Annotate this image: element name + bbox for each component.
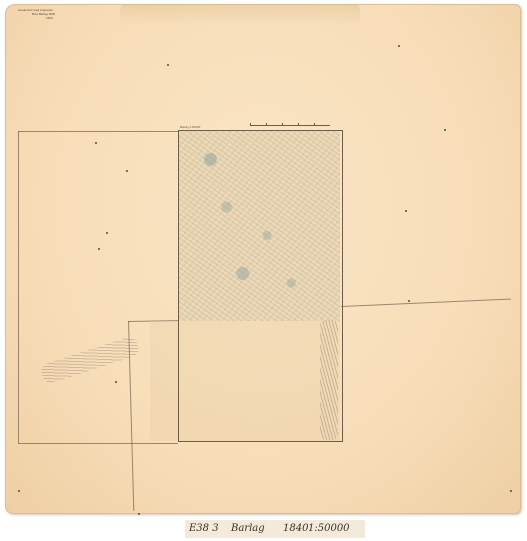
survey-point — [167, 64, 169, 66]
survey-point — [126, 170, 128, 172]
map-frame — [178, 130, 343, 442]
survey-point — [18, 490, 20, 492]
survey-point — [405, 210, 407, 212]
header-note-line: 1840 — [18, 16, 55, 20]
survey-point — [98, 248, 100, 250]
grid-line-left — [18, 131, 19, 443]
survey-point — [408, 300, 410, 302]
catalog-label: E38 3 Barlag 1840 1:50000 — [185, 520, 365, 538]
grid-line-bottom — [18, 443, 178, 444]
survey-point — [106, 232, 108, 234]
survey-point — [138, 513, 140, 515]
sheet-name: Barlag — [231, 523, 265, 534]
survey-point — [444, 129, 446, 131]
coastline-right — [320, 320, 338, 440]
sheet-id: E38 3 — [189, 523, 219, 534]
survey-point — [95, 142, 97, 144]
grid-line-top-left — [18, 131, 178, 132]
header-note: Lineal-Kort med Angivelse Bres Barlag 18… — [18, 8, 55, 20]
map-title: Barlag 1:50000 — [180, 125, 200, 129]
paper-stain — [120, 4, 360, 26]
sheet-year: 1840 — [283, 523, 308, 534]
survey-point — [510, 490, 512, 492]
survey-point — [115, 381, 117, 383]
scale-bar — [250, 125, 330, 128]
sheet-scale: 1:50000 — [308, 523, 350, 534]
survey-point — [398, 45, 400, 47]
